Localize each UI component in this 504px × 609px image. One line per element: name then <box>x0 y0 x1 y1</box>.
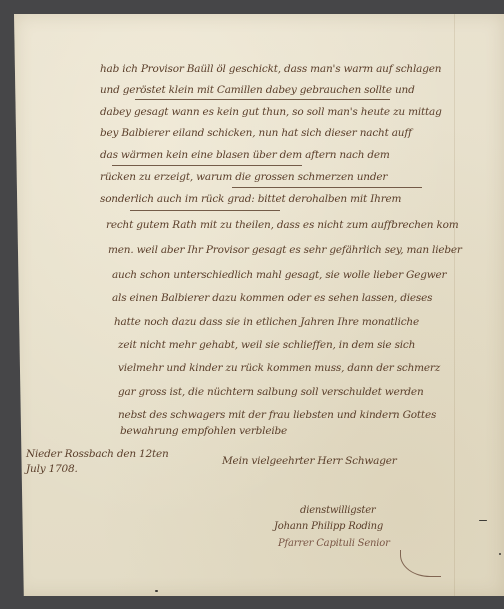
place-date: Nieder Rossbach den 12ten July 1708. <box>26 447 169 477</box>
body-line-2: und geröstet klein mit Camillen dabey ge… <box>100 84 415 96</box>
body-line-12: hatte noch dazu dass sie in etlichen Jah… <box>114 316 419 328</box>
paper-mark <box>479 520 487 521</box>
body-line-6: rücken zu erzeigt, warum die grossen sch… <box>100 171 387 183</box>
closing-salutation: Mein vielgeehrter Herr Schwager <box>222 455 397 467</box>
signature-line-1: dienstwilligster <box>300 504 376 517</box>
body-line-16: nebst des schwagers mit der frau liebste… <box>118 409 436 421</box>
paper-mark <box>499 553 501 555</box>
body-line-9: men. weil aber Ihr Provisor gesagt es se… <box>108 244 462 256</box>
body-line-17: bewahrung empfohlen verbleibe <box>120 425 287 437</box>
body-line-11: als einen Balbierer dazu kommen oder es … <box>112 292 432 304</box>
underline-line-6 <box>232 187 422 188</box>
body-line-14: vielmehr und kinder zu rück kommen muss,… <box>118 362 440 374</box>
paper-mark <box>155 590 158 592</box>
place-date-line-1: Nieder Rossbach den 12ten <box>26 447 169 462</box>
body-line-3: dabey gesagt wann es kein gut thun, so s… <box>100 106 442 118</box>
scanned-document: hab ich Provisor Baüll öl geschickt, das… <box>0 0 504 609</box>
body-line-4: bey Balbierer eiland schicken, nun hat s… <box>100 127 412 139</box>
body-line-8: recht gutem Rath mit zu theilen, dass es… <box>106 219 459 231</box>
underline-line-2 <box>135 99 390 100</box>
place-date-line-2: July 1708. <box>26 462 169 477</box>
underline-line-5 <box>112 165 302 166</box>
letter-paper <box>14 14 504 596</box>
body-line-1: hab ich Provisor Baüll öl geschickt, das… <box>100 63 480 75</box>
body-line-10: auch schon unterschiedlich mahl gesagt, … <box>112 269 446 281</box>
body-line-13: zeit nicht mehr gehabt, weil sie schlief… <box>118 339 415 351</box>
body-line-5: das wärmen kein eine blasen über dem aft… <box>100 149 390 161</box>
underline-line-7 <box>130 210 280 211</box>
signature-name: Johann Philipp Roding <box>274 520 383 533</box>
signature-title: Pfarrer Capituli Senior <box>278 537 390 550</box>
body-line-15: gar gross ist, die nüchtern salbung soll… <box>118 386 424 398</box>
body-line-7: sonderlich auch im rück grad: bittet der… <box>100 193 401 205</box>
paper-fold-line <box>454 14 455 596</box>
